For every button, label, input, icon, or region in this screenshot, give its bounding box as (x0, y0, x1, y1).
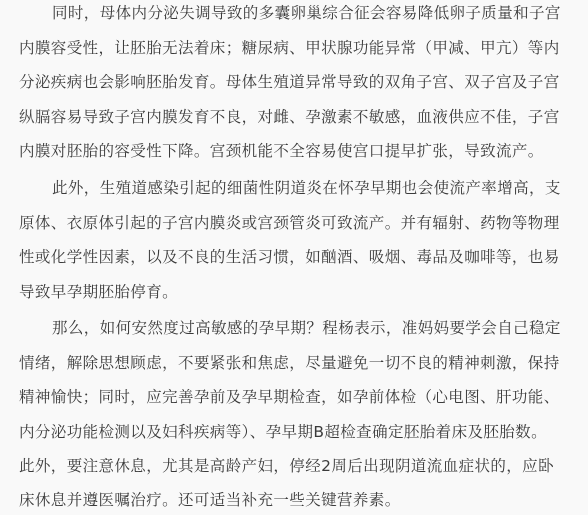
paragraph-line: 同时，母体内分泌失调导致的多囊卵巢综合征会容易降低卵子质量和子宫 (52, 3, 561, 23)
paragraph-line: 性或化学性因素，以及不良的生活习惯，如酗酒、吸烟、毒品及咖啡等，也易 (19, 247, 560, 267)
paragraph-line: 分泌疾病也会影响胚胎发育。母体生殖道异常导致的双角子宫、双子宫及子宫 (19, 72, 560, 92)
paragraph-line: 内膜对胚胎的容受性下降。宫颈机能不全容易使宫口提早扩张，导致流产。 (19, 141, 544, 161)
paragraph-line: 内膜容受性，让胚胎无法着床；糖尿病、甲状腺功能异常（甲减、甲亢）等内 (19, 38, 560, 58)
paragraph-line: 纵膈容易导致子宫内膜发育不良，对雌、孕激素不敏感，血液供应不佳，子宫 (19, 107, 560, 127)
article-body: 同时，母体内分泌失调导致的多囊卵巢综合征会容易降低卵子质量和子宫 内膜容受性，让… (0, 0, 588, 515)
paragraph-line: 那么，如何安然度过高敏感的孕早期？程杨表示，准妈妈要学会自己稳定 (52, 318, 561, 338)
paragraph-line: 精神愉快；同时，应完善孕前及孕早期检查，如孕前体检（心电图、肝功能、 (19, 387, 560, 407)
paragraph-line: 情绪，解除思想顾虑，不要紧张和焦虑，尽量避免一切不良的精神刺激，保持 (19, 353, 560, 373)
paragraph-line: 此外，生殖道感染引起的细菌性阴道炎在怀孕早期也会使流产率增高，支 (52, 178, 561, 198)
paragraph-line: 原体、衣原体引起的子宫内膜炎或宫颈管炎可致流产。并有辐射、药物等物理 (19, 213, 560, 233)
paragraph-line: 导致早孕期胚胎停育。 (19, 282, 178, 302)
paragraph-line: 内分泌功能检测以及妇科疾病等）、孕早期B超检查确定胚胎着床及胚胎数。 (19, 422, 547, 442)
paragraph-line: 此外，要注意休息，尤其是高龄产妇，停经2周后出现阴道流血症状的，应卧 (19, 456, 554, 476)
paragraph-line: 床休息并遵医嘱治疗。还可适当补充一些关键营养素。 (19, 490, 401, 510)
